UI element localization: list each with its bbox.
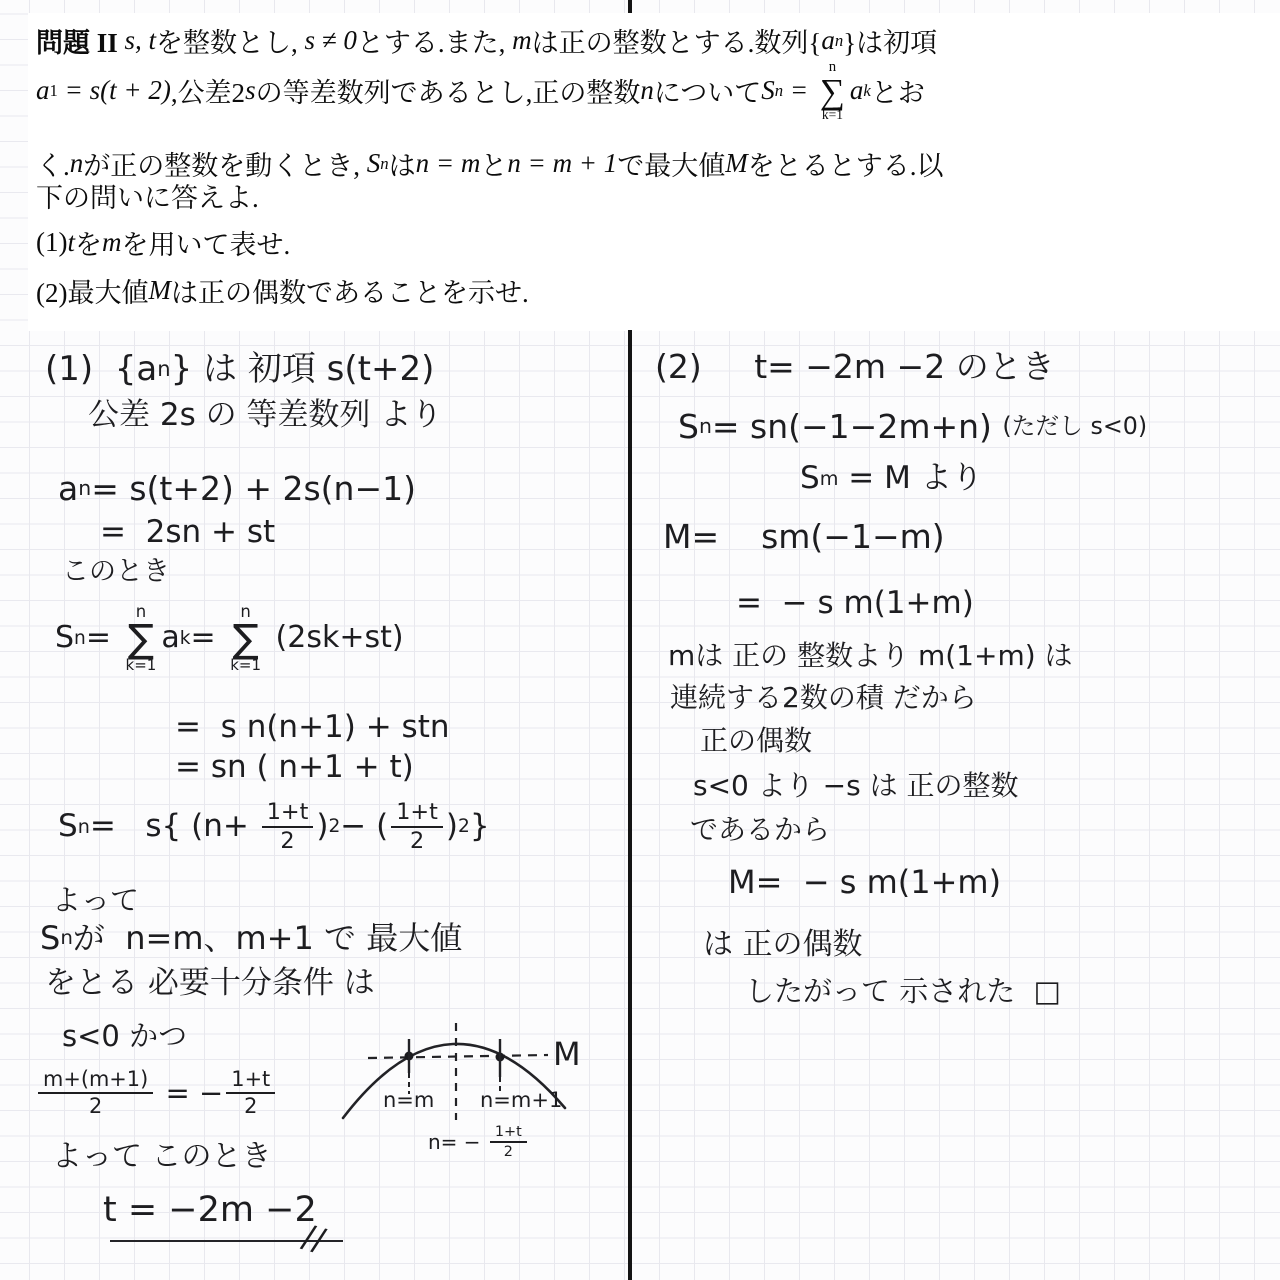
fraction: m+(m+1)2 [38,1068,153,1119]
sum-lower-limit: k=1 [230,658,261,673]
hw-left-9: Sn= s{ (n+ 1+t2)2− (1+t2)2} [58,800,490,854]
text-segment: とする.また, [357,21,512,60]
text-segment: } [470,809,490,845]
sigma-symbol: ∑ [128,621,154,658]
text-segment: = s{ ( [90,809,203,845]
text-segment: − ( [340,809,388,845]
problem-statement: 問題 II s, tを整数とし, s ≠ 0とする.また, mは正の整数とする.… [28,13,1280,331]
text-segment: n= − [428,1131,487,1154]
text-segment: (1) [36,227,67,258]
text-segment: n [640,75,654,106]
text-segment: n [70,148,84,179]
text-segment: であるから [690,814,830,846]
problem-line-5: (1)tをmを用いて表せ. [36,223,290,262]
text-segment: m [102,227,122,258]
text-segment: n [74,628,86,649]
text-segment: n [775,81,783,101]
text-segment: は 正の偶数 [703,928,863,963]
figure-label-max: M [553,1036,581,1073]
fraction: 1+t2 [262,800,314,854]
text-segment: S [58,809,78,845]
text-segment: について [654,71,761,110]
hw-left-11: Snが n=m、m+1 で 最大値 [40,920,462,957]
text-segment: n+ [203,809,258,845]
text-segment: = [783,75,815,106]
hw-left-10: よって [52,884,139,917]
hw-left-14: m+(m+1)2 = −1+t2 [35,1068,278,1119]
text-segment: s<0 かつ [62,1020,187,1053]
text-segment: M [148,275,171,306]
text-segment: ) [446,809,458,845]
hw-right-13: したがって 示された □ [745,975,1061,1008]
text-segment: S [367,148,381,179]
summation: n∑k=1 [820,60,845,122]
sigma-symbol: ∑ [820,75,845,108]
hw-left-12: をとる 必要十分条件 は [45,966,375,1002]
text-segment: よって このとき [52,1140,272,1175]
fraction-numerator: m+(m+1) [38,1068,153,1094]
hw-right-6: mは 正の 整数より m(1+m) は [668,640,1073,672]
text-segment: 正の偶数 [700,725,812,757]
max-level-dashed-line [368,1055,548,1058]
hw-right-3: Sm = M より [800,461,983,497]
text-segment: (1) {a [45,350,157,389]
hw-right-10: であるから [690,814,830,846]
text-segment: の等差数列であるとし,正の整数 [256,71,641,110]
text-segment: (2)最大値 [36,271,148,310]
text-segment: s<0 より −s は 正の整数 [693,770,1019,802]
text-segment: k [863,81,870,101]
text-segment: n [157,357,170,381]
fraction-numerator: 1+t [490,1124,527,1143]
text-segment: と [480,144,507,183]
fraction-numerator: 1+t [226,1068,275,1094]
problem-line-6: (2)最大値Mは正の偶数であることを示せ. [36,271,529,310]
text-segment: a [161,621,179,656]
text-segment: は正の偶数であることを示せ. [171,271,529,310]
fraction-denominator: 2 [89,1094,102,1118]
sum-lower-limit: k=1 [126,658,157,673]
text-segment: t [67,227,75,258]
text-segment: n = m [416,148,481,179]
text-segment: が n=m、m+1 で 最大値 [73,920,462,957]
text-segment: 2 [458,816,470,837]
text-segment: (2sk+st) [266,621,404,656]
text-segment: よって [52,884,139,917]
text-segment: を [75,223,102,262]
text-segment: 連続する2数の積 だから [670,682,977,714]
text-segment: }は初項 [843,21,937,60]
hw-right-4: M= sm(−1−m) [663,518,945,556]
hw-left-5: このとき [62,556,170,587]
text-segment: を整数とし, [156,21,305,60]
text-segment: s [245,75,256,106]
hw-left-2: 公差 2s の 等差数列 より [88,398,442,434]
figure-label-vertex: n= − 1+t2 [428,1124,530,1160]
text-segment: M= − s m(1+m) [728,864,1001,901]
text-segment: m [820,468,839,490]
figure-label-nm: n=m [383,1088,434,1112]
hw-left-13: s<0 かつ [62,1020,187,1053]
fraction: 1+t2 [391,800,443,854]
text-segment: a [821,25,835,56]
text-segment: s ≠ 0 [305,25,357,56]
text-segment: s, t [125,25,157,56]
text-segment: = [86,621,121,656]
column-divider [628,330,632,1280]
text-segment: M= sm(−1−m) [663,518,945,556]
text-segment: 2 [328,816,340,837]
text-segment: をとるとする.以 [748,144,944,183]
text-segment: は正の整数とする.数列{ [532,21,822,60]
fraction: 1+t2 [226,1068,275,1119]
text-segment: M [553,1036,581,1073]
fraction-denominator: 2 [244,1094,257,1118]
hw-right-1: (2) t= −2m −2 のとき [655,348,1055,386]
fraction-denominator: 2 [410,828,424,854]
text-segment: n [60,927,73,950]
text-segment: a [850,75,864,106]
hw-left-15: よって このとき [52,1140,272,1175]
text-segment: = − [156,1077,223,1110]
hw-right-9: s<0 より −s は 正の整数 [693,770,1019,802]
text-segment: で最大値 [617,144,725,183]
text-segment: a [58,470,78,508]
hw-right-7: 連続する2数の積 だから [670,682,977,714]
text-segment: 下の問いに答えよ. [36,176,259,215]
text-segment: ,公差2 [171,71,245,110]
text-segment: = s(t+2) + 2s(n−1) [91,470,416,508]
text-segment: を用いて表せ. [122,223,291,262]
text-segment: = M より [838,461,982,497]
hw-left-6: Sn= n∑k=1ak= n∑k=1 (2sk+st) [55,604,404,673]
summation: n∑k=1 [230,604,261,673]
text-segment: をとる 必要十分条件 は [45,966,375,1002]
text-segment: = sn ( n+1 + t) [175,750,414,786]
text-segment: (ただし s<0) [1002,413,1147,440]
text-segment: n [380,154,388,174]
fraction: 1+t2 [490,1124,527,1160]
text-segment: = − s m(1+m) [736,586,974,622]
text-segment: S [761,75,775,106]
text-segment: 1 [50,81,58,101]
text-segment: n=m [383,1088,434,1112]
text-segment: = s n(n+1) + stn [175,710,450,746]
problem-line-2: a1 = s(t + 2),公差2sの等差数列であるとし,正の整数nについてSn… [36,60,925,122]
text-segment: M [725,148,748,179]
text-segment: (2) t= −2m −2 のとき [655,348,1055,386]
text-segment: a [36,75,50,106]
hw-right-12: は 正の偶数 [703,928,863,963]
text-segment: = s(t + 2) [58,75,171,106]
hw-right-8: 正の偶数 [700,725,812,757]
text-segment: 問題 II [36,21,125,60]
text-segment: k [180,628,191,649]
text-segment: は [389,144,416,183]
text-segment: S [55,621,74,656]
problem-line-4: 下の問いに答えよ. [36,176,259,215]
text-segment: ) [316,809,328,845]
hw-right-5: = − s m(1+m) [736,586,974,622]
sum-lower-limit: k=1 [822,108,843,122]
text-segment: = [191,621,226,656]
text-segment: n [78,477,91,501]
summation: n∑k=1 [126,604,157,673]
hw-left-1: (1) {an} は 初項 s(t+2) [45,350,434,389]
text-segment: したがって 示された □ [745,975,1061,1008]
hw-left-7: = s n(n+1) + stn [175,710,450,746]
text-segment: mは 正の 整数より m(1+m) は [668,640,1073,672]
fraction-numerator: 1+t [391,800,443,828]
text-segment: n [835,31,843,51]
text-segment: n=m+1 [480,1088,562,1112]
hw-left-8: = sn ( n+1 + t) [175,750,414,786]
hw-right-11: M= − s m(1+m) [728,864,1001,901]
text-segment: とお [871,71,925,110]
text-segment: t = −2m −2 [103,1190,317,1230]
text-segment: 公差 2s の 等差数列 より [88,398,442,434]
text-segment: = sn(−1−2m+n) [712,408,1003,446]
text-segment: S [40,920,60,957]
hw-left-4: = 2sn + st [100,515,275,551]
hw-left-3: an= s(t+2) + 2s(n−1) [58,470,416,508]
fraction-denominator: 2 [504,1143,513,1160]
text-segment: n = m + 1 [507,148,617,179]
text-segment: このとき [62,556,170,587]
text-segment: = 2sn + st [100,515,275,551]
text-segment: S [678,408,699,446]
problem-line-1: 問題 II s, tを整数とし, s ≠ 0とする.また, mは正の整数とする.… [36,21,937,60]
sigma-symbol: ∑ [232,621,258,658]
fraction-numerator: 1+t [262,800,314,828]
figure-label-nm1: n=m+1 [480,1088,562,1112]
notebook-page: 問題 II s, tを整数とし, s ≠ 0とする.また, mは正の整数とする.… [0,0,1280,1280]
text-segment: m [512,25,532,56]
text-segment: n [78,816,90,838]
text-segment: S [800,461,820,497]
text-segment: } は 初項 s(t+2) [171,350,435,389]
hw-right-2: Sn= sn(−1−2m+n) (ただし s<0) [678,408,1147,446]
hw-left-16: t = −2m −2 [103,1190,317,1230]
fraction-denominator: 2 [280,828,294,854]
text-segment: n [699,415,712,439]
